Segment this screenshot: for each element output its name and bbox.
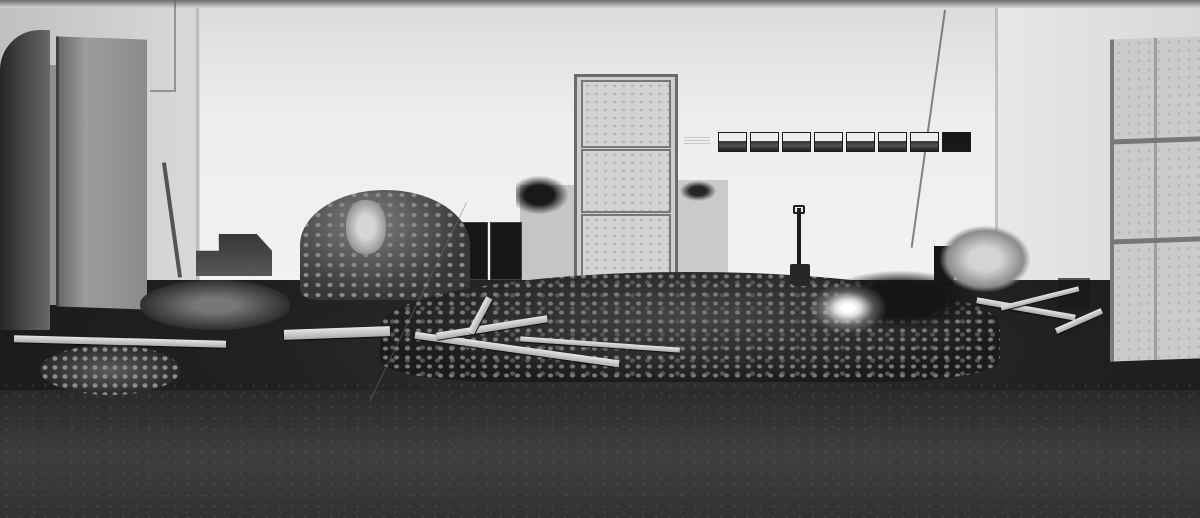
dark-fabric <box>516 172 574 218</box>
left-wall-corner <box>196 0 199 280</box>
small-photograph <box>718 132 747 152</box>
plywood-door <box>574 74 678 286</box>
small-photograph <box>782 132 811 152</box>
cloth-heap <box>140 280 290 330</box>
leaning-panel-large <box>56 36 147 309</box>
shovel-blade <box>790 264 810 286</box>
photo-strip <box>718 132 971 152</box>
small-photograph <box>878 132 907 152</box>
small-photograph <box>942 132 971 152</box>
frame-crossbar <box>1114 236 1200 244</box>
small-photograph <box>846 132 875 152</box>
small-photograph <box>750 132 779 152</box>
frame-crossbar <box>1114 136 1200 144</box>
door-panel <box>581 80 671 148</box>
small-photograph <box>814 132 843 152</box>
wall-caption <box>684 137 710 145</box>
installation-photo <box>0 0 1200 518</box>
rubble-heap-foreground <box>40 345 180 395</box>
leaning-panel-dark <box>0 30 50 330</box>
frame-seam <box>1154 38 1157 360</box>
door-panel <box>581 149 671 213</box>
shovel-handle <box>797 208 801 266</box>
floor-texture <box>0 380 1200 518</box>
fabric-bags <box>940 226 1030 292</box>
filing-cabinet <box>490 222 522 280</box>
ceiling-edge <box>0 0 1200 8</box>
small-photograph <box>910 132 939 152</box>
dark-fabric <box>678 180 718 202</box>
white-sack <box>346 200 386 254</box>
door-panel <box>581 214 671 280</box>
flash-reflection <box>808 282 888 334</box>
wall-bracket <box>150 0 176 92</box>
plywood-frame <box>1110 36 1200 361</box>
